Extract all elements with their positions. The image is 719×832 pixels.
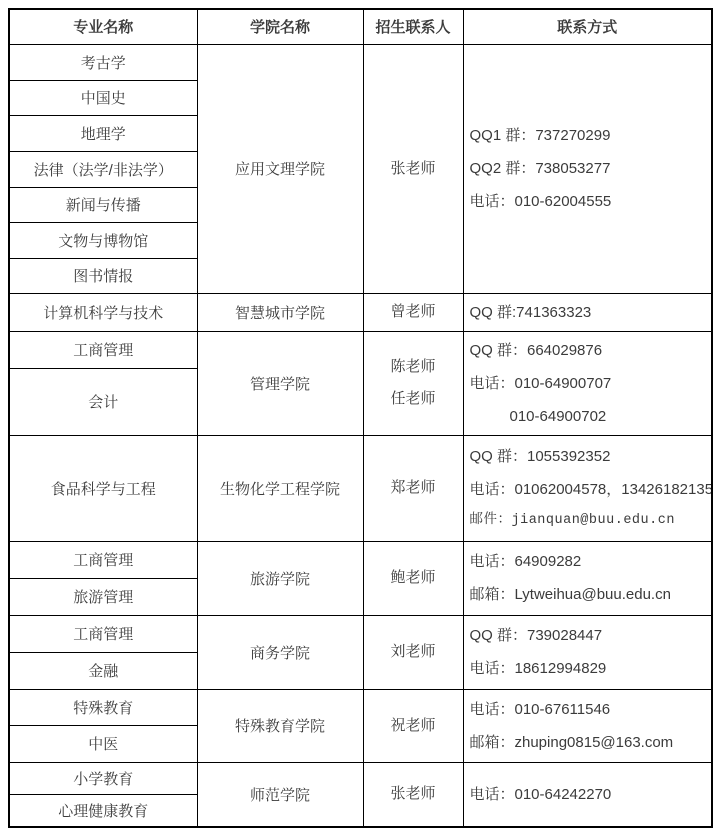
contact-line: 电话：010-62004555 xyxy=(470,185,706,218)
contact-person: 鲍老师 xyxy=(370,569,457,587)
col-header-contact-person: 招生联系人 xyxy=(363,9,463,44)
contact-person: 刘老师 xyxy=(370,643,457,661)
header-row: 专业名称 学院名称 招生联系人 联系方式 xyxy=(9,9,712,44)
table-row: 特殊教育 特殊教育学院 祝老师 电话：010-67611546 邮箱：zhupi… xyxy=(9,689,712,725)
contact-person: 张老师 xyxy=(370,160,457,178)
contact-line: 电话：18612994829 xyxy=(470,652,706,685)
major-cell: 地理学 xyxy=(9,115,197,151)
contact-person: 郑老师 xyxy=(370,479,457,497)
contact-line: 邮箱：Lytweihua@buu.edu.cn xyxy=(470,578,706,611)
contact-person-cell: 陈老师 任老师 xyxy=(363,331,463,435)
contact-info-cell: QQ 群:741363323 xyxy=(463,293,712,331)
major-cell: 小学教育 xyxy=(9,762,197,794)
contact-info-lines: QQ1 群：737270299 QQ2 群：738053277 电话：010-6… xyxy=(470,119,706,218)
table-row: 考古学 应用文理学院 张老师 QQ1 群：737270299 QQ2 群：738… xyxy=(9,44,712,80)
contact-info-lines: QQ 群：739028447 电话：18612994829 xyxy=(470,619,706,685)
contact-person: 陈老师 xyxy=(390,358,435,376)
table-row: 小学教育 师范学院 张老师 电话：010-64242270 xyxy=(9,762,712,794)
contact-person-cell: 鲍老师 xyxy=(363,541,463,615)
admissions-contact-table: 专业名称 学院名称 招生联系人 联系方式 考古学 应用文理学院 张老师 QQ1 … xyxy=(8,8,713,828)
contact-info-lines: QQ 群:741363323 xyxy=(470,296,706,329)
college-cell: 智慧城市学院 xyxy=(197,293,363,331)
contact-line: QQ 群:741363323 xyxy=(470,296,706,329)
major-cell: 文物与博物馆 xyxy=(9,222,197,258)
contact-line: 电话：010-64242270 xyxy=(470,778,706,811)
major-cell: 旅游管理 xyxy=(9,578,197,615)
col-header-major: 专业名称 xyxy=(9,9,197,44)
major-cell: 新闻与传播 xyxy=(9,187,197,222)
page: 专业名称 学院名称 招生联系人 联系方式 考古学 应用文理学院 张老师 QQ1 … xyxy=(0,0,719,832)
major-cell: 食品科学与工程 xyxy=(9,435,197,541)
contact-info-lines: 电话：010-64242270 xyxy=(470,778,706,811)
contact-person: 曾老师 xyxy=(370,303,457,321)
contact-line: 电话：01062004578，13426182135 xyxy=(470,473,706,506)
contact-line: QQ 群：739028447 xyxy=(470,619,706,652)
contact-person-cell: 张老师 xyxy=(363,762,463,827)
contact-person: 张老师 xyxy=(370,785,457,803)
contact-info-cell: QQ 群：1055392352 电话：01062004578，134261821… xyxy=(463,435,712,541)
contact-person: 任老师 xyxy=(390,390,435,408)
contact-person-cell: 张老师 xyxy=(363,44,463,293)
contact-line: 电话：64909282 xyxy=(470,545,706,578)
contact-line: QQ2 群：738053277 xyxy=(470,152,706,185)
contact-info-cell: QQ 群：664029876 电话：010-64900707 010-64900… xyxy=(463,331,712,435)
contact-info-lines: 电话：64909282 邮箱：Lytweihua@buu.edu.cn xyxy=(470,545,706,611)
contact-info-cell: QQ 群：739028447 电话：18612994829 xyxy=(463,615,712,689)
table-row: 计算机科学与技术 智慧城市学院 曾老师 QQ 群:741363323 xyxy=(9,293,712,331)
contact-line: QQ1 群：737270299 xyxy=(470,119,706,152)
contact-info-cell: 电话：64909282 邮箱：Lytweihua@buu.edu.cn xyxy=(463,541,712,615)
major-cell: 工商管理 xyxy=(9,615,197,652)
college-cell: 商务学院 xyxy=(197,615,363,689)
table-row: 工商管理 旅游学院 鲍老师 电话：64909282 邮箱：Lytweihua@b… xyxy=(9,541,712,578)
major-cell: 计算机科学与技术 xyxy=(9,293,197,331)
major-cell: 法律（法学/非法学） xyxy=(9,151,197,187)
contact-info-lines: QQ 群：1055392352 电话：01062004578，134261821… xyxy=(470,440,706,536)
major-cell: 工商管理 xyxy=(9,331,197,369)
contact-person-cell: 郑老师 xyxy=(363,435,463,541)
contact-line: 电话：010-64900707 xyxy=(470,367,706,400)
college-cell: 师范学院 xyxy=(197,762,363,827)
major-cell: 工商管理 xyxy=(9,541,197,578)
major-cell: 金融 xyxy=(9,652,197,689)
major-cell: 考古学 xyxy=(9,44,197,80)
contact-person-cell: 祝老师 xyxy=(363,689,463,762)
contact-info-cell: QQ1 群：737270299 QQ2 群：738053277 电话：010-6… xyxy=(463,44,712,293)
major-cell: 中医 xyxy=(9,725,197,762)
table-row: 工商管理 商务学院 刘老师 QQ 群：739028447 电话：18612994… xyxy=(9,615,712,652)
contact-line: QQ 群：664029876 xyxy=(470,334,706,367)
major-cell: 心理健康教育 xyxy=(9,794,197,827)
col-header-college: 学院名称 xyxy=(197,9,363,44)
major-cell: 中国史 xyxy=(9,80,197,115)
contact-line-email: 邮件：jianquan@buu.edu.cn xyxy=(470,506,706,536)
contact-line: 电话：010-67611546 xyxy=(470,693,706,726)
major-cell: 特殊教育 xyxy=(9,689,197,725)
college-cell: 应用文理学院 xyxy=(197,44,363,293)
contact-line: 010-64900702 xyxy=(470,400,706,433)
major-cell: 会计 xyxy=(9,369,197,435)
contact-line: 邮箱：zhuping0815@163.com xyxy=(470,726,706,759)
contact-info-cell: 电话：010-67611546 邮箱：zhuping0815@163.com xyxy=(463,689,712,762)
contact-person-stack: 陈老师 任老师 xyxy=(370,358,457,408)
college-cell: 管理学院 xyxy=(197,331,363,435)
contact-person-cell: 曾老师 xyxy=(363,293,463,331)
contact-person-cell: 刘老师 xyxy=(363,615,463,689)
college-cell: 特殊教育学院 xyxy=(197,689,363,762)
contact-line: QQ 群：1055392352 xyxy=(470,440,706,473)
college-cell: 旅游学院 xyxy=(197,541,363,615)
college-cell: 生物化学工程学院 xyxy=(197,435,363,541)
contact-info-cell: 电话：010-64242270 xyxy=(463,762,712,827)
col-header-contact-info: 联系方式 xyxy=(463,9,712,44)
contact-info-lines: QQ 群：664029876 电话：010-64900707 010-64900… xyxy=(470,334,706,433)
table-row: 工商管理 管理学院 陈老师 任老师 QQ 群：664029876 电话：010-… xyxy=(9,331,712,369)
table-row: 食品科学与工程 生物化学工程学院 郑老师 QQ 群：1055392352 电话：… xyxy=(9,435,712,541)
contact-person: 祝老师 xyxy=(370,717,457,735)
contact-info-lines: 电话：010-67611546 邮箱：zhuping0815@163.com xyxy=(470,693,706,759)
major-cell: 图书情报 xyxy=(9,258,197,293)
